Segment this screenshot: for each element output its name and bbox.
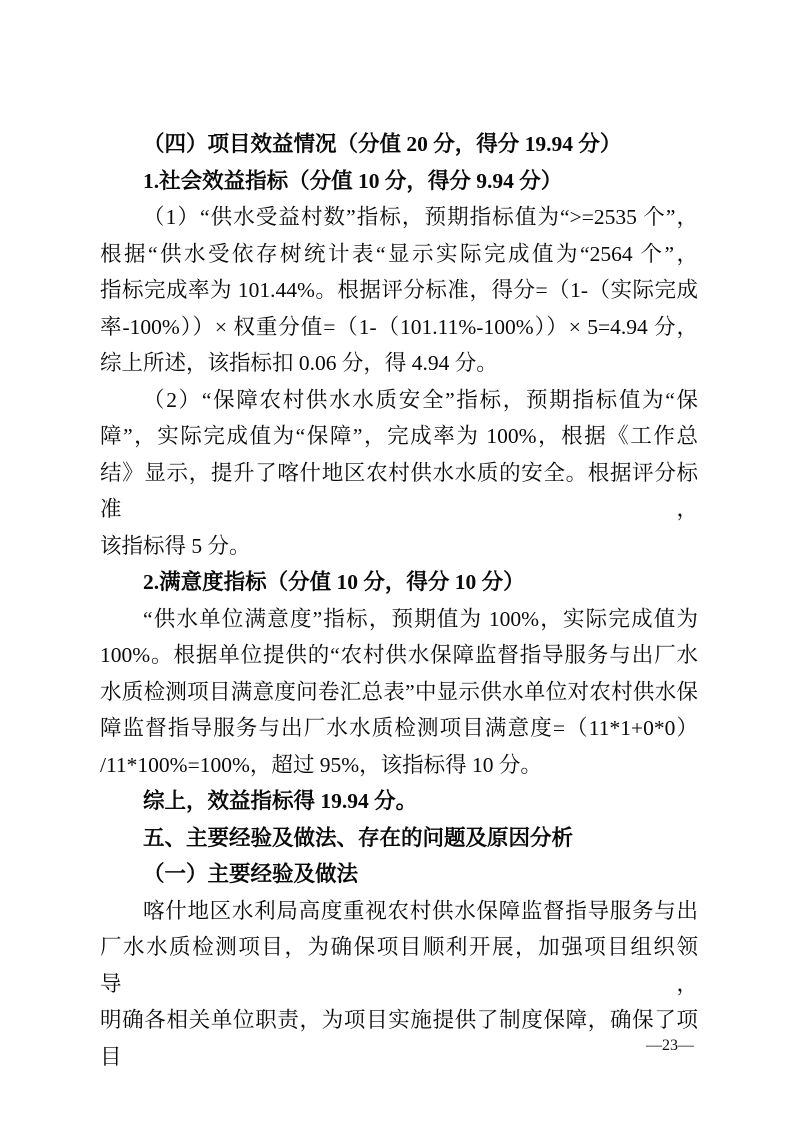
section-heading-5: 五、主要经验及做法、存在的问题及原因分析 — [100, 820, 698, 857]
text-line: 厂水水质检测项目，为确保项目顺利开展，加强项目组织领导， — [100, 929, 698, 1002]
text-line: 明确各相关单位职责，为项目实施提供了制度保障，确保了项目 — [100, 1002, 698, 1075]
paragraph-experience: 喀什地区水利局高度重视农村供水保障监督指导服务与出厂水水质检测项目，为确保项目顺… — [100, 893, 698, 1076]
text-line: “供水单位满意度”指标，预期值为 100%，实际完成值为 — [100, 601, 698, 638]
text-line: 根据“供水受依存树统计表“显示实际完成值为“2564 个”， — [100, 236, 698, 273]
section-heading-4: （四）项目效益情况（分值 20 分，得分 19.94 分） — [100, 126, 698, 163]
text-line: 综上所述，该指标扣 0.06 分，得 4.94 分。 — [100, 345, 698, 382]
paragraph-indicator-2: （2）“保障农村供水水质安全”指标，预期指标值为“保障”，实际完成值为“保障”，… — [100, 382, 698, 565]
subsection-heading-2: 2.满意度指标（分值 10 分，得分 10 分） — [100, 564, 698, 601]
document-page: （四）项目效益情况（分值 20 分，得分 19.94 分）1.社会效益指标（分值… — [0, 0, 793, 1122]
text-line: 率-100%））× 权重分值=（1-（101.11%-100%））× 5=4.9… — [100, 309, 698, 346]
text-line: 喀什地区水利局高度重视农村供水保障监督指导服务与出 — [100, 893, 698, 930]
summary-line: 综上，效益指标得 19.94 分。 — [100, 783, 698, 820]
text-line: 水质检测项目满意度问卷汇总表”中显示供水单位对农村供水保 — [100, 674, 698, 711]
text-line: 结》显示，提升了喀什地区农村供水水质的安全。根据评分标准， — [100, 455, 698, 528]
text-line: 障监督指导服务与出厂水水质检测项目满意度=（11*1+0*0） — [100, 710, 698, 747]
text-line: （1）“供水受益村数”指标，预期指标值为“>=2535 个”， — [100, 199, 698, 236]
text-line: 障”，实际完成值为“保障”，完成率为 100%，根据《工作总 — [100, 418, 698, 455]
page-number: —23— — [646, 1036, 694, 1056]
text-line: 该指标得 5 分。 — [100, 528, 698, 565]
text-line: /11*100%=100%，超过 95%，该指标得 10 分。 — [100, 747, 698, 784]
text-line: （2）“保障农村供水水质安全”指标，预期指标值为“保 — [100, 382, 698, 419]
document-body: （四）项目效益情况（分值 20 分，得分 19.94 分）1.社会效益指标（分值… — [100, 126, 698, 1075]
text-line: 指标完成率为 101.44%。根据评分标准，得分=（1-（实际完成 — [100, 272, 698, 309]
subsection-heading-5-1: （一）主要经验及做法 — [100, 856, 698, 893]
paragraph-satisfaction: “供水单位满意度”指标，预期值为 100%，实际完成值为100%。根据单位提供的… — [100, 601, 698, 784]
subsection-heading-1: 1.社会效益指标（分值 10 分，得分 9.94 分） — [100, 163, 698, 200]
paragraph-indicator-1: （1）“供水受益村数”指标，预期指标值为“>=2535 个”，根据“供水受依存树… — [100, 199, 698, 382]
text-line: 100%。根据单位提供的“农村供水保障监督指导服务与出厂水 — [100, 637, 698, 674]
